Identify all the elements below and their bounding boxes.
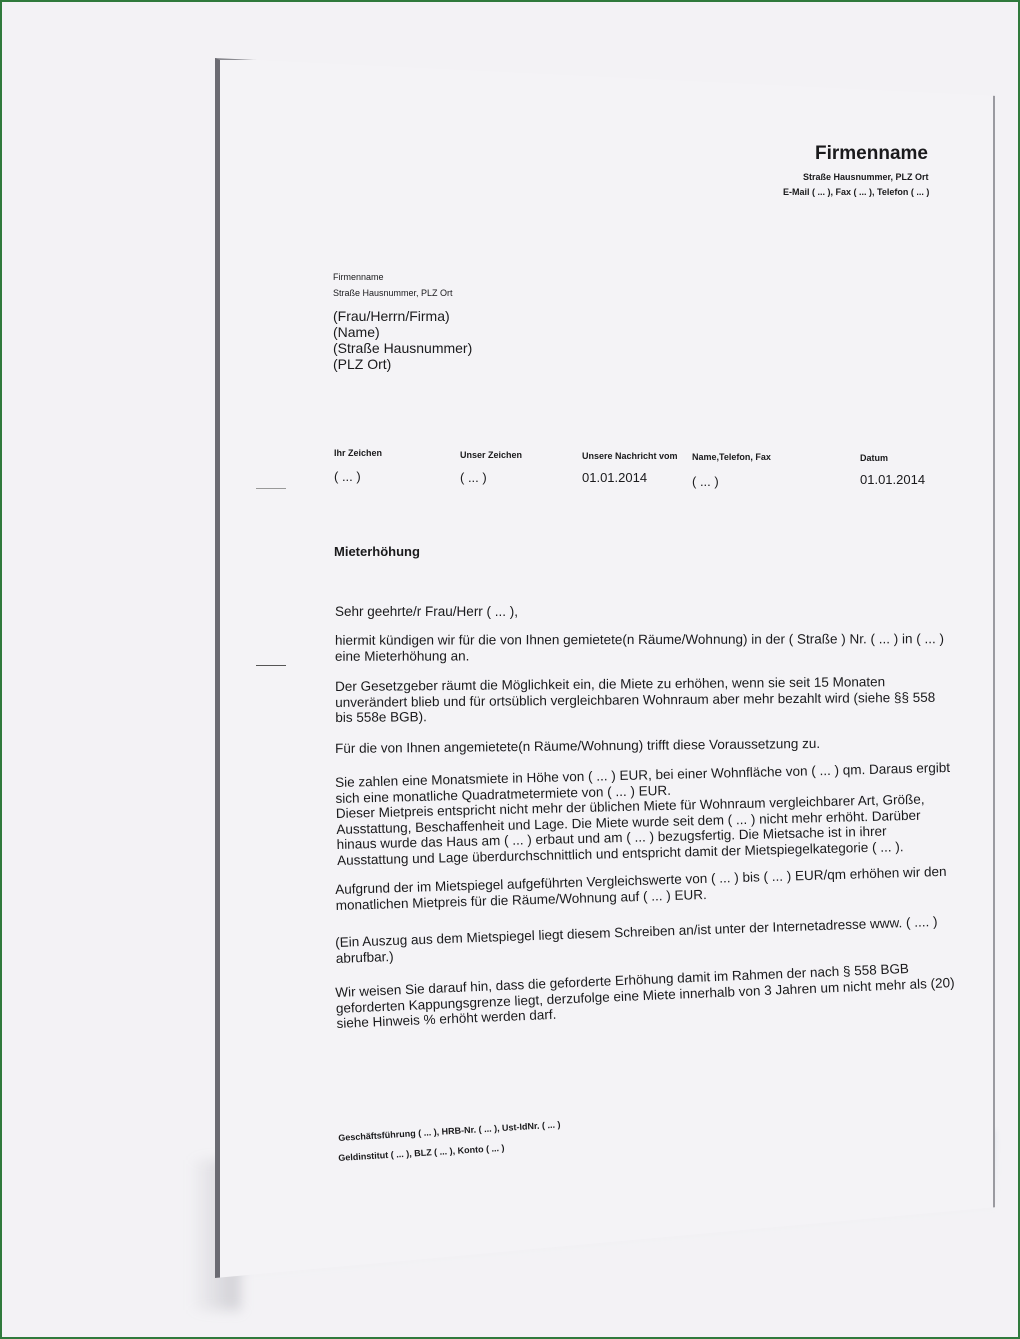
ref-value-name-telefon: ( ... ) bbox=[692, 474, 719, 489]
body-paragraph: Der Gesetzgeber räumt die Möglichkeit ei… bbox=[335, 674, 935, 726]
recipient-line: (PLZ Ort) bbox=[333, 356, 472, 372]
salutation: Sehr geehrte/r Frau/Herr ( ... ), bbox=[335, 604, 518, 620]
body-paragraph: Sie zahlen eine Monatsmiete in Höhe von … bbox=[335, 760, 952, 868]
recipient-line: (Frau/Herrn/Firma) bbox=[333, 308, 472, 324]
recipient-line: (Straße Hausnummer) bbox=[333, 340, 472, 356]
document-page bbox=[215, 58, 995, 1278]
punch-mark bbox=[256, 665, 286, 666]
ref-label-ihr-zeichen: Ihr Zeichen bbox=[334, 448, 382, 458]
letterhead-address: Straße Hausnummer, PLZ Ort bbox=[803, 172, 929, 182]
ref-label-unser-zeichen: Unser Zeichen bbox=[460, 450, 522, 460]
sender-address: Straße Hausnummer, PLZ Ort bbox=[333, 288, 453, 298]
body-paragraph: hiermit kündigen wir für die von Ihnen g… bbox=[335, 631, 944, 664]
ref-value-datum: 01.01.2014 bbox=[860, 472, 925, 487]
ref-value-unser-zeichen: ( ... ) bbox=[460, 470, 487, 485]
sender-company: Firmenname bbox=[333, 272, 384, 282]
ref-value-ihr-zeichen: ( ... ) bbox=[334, 469, 361, 484]
ref-label-unsere-nachricht: Unsere Nachricht vom bbox=[582, 451, 678, 461]
ref-value-unsere-nachricht: 01.01.2014 bbox=[582, 470, 647, 485]
recipient-block: (Frau/Herrn/Firma) (Name) (Straße Hausnu… bbox=[333, 308, 472, 372]
letterhead-contact: E-Mail ( ... ), Fax ( ... ), Telefon ( .… bbox=[783, 187, 929, 197]
ref-label-name-telefon: Name,Telefon, Fax bbox=[692, 452, 771, 462]
ref-label-datum: Datum bbox=[860, 453, 888, 463]
fold-mark bbox=[256, 488, 286, 489]
recipient-line: (Name) bbox=[333, 324, 472, 340]
letterhead-company: Firmenname bbox=[815, 143, 928, 165]
letter-subject: Mieterhöhung bbox=[334, 544, 420, 559]
